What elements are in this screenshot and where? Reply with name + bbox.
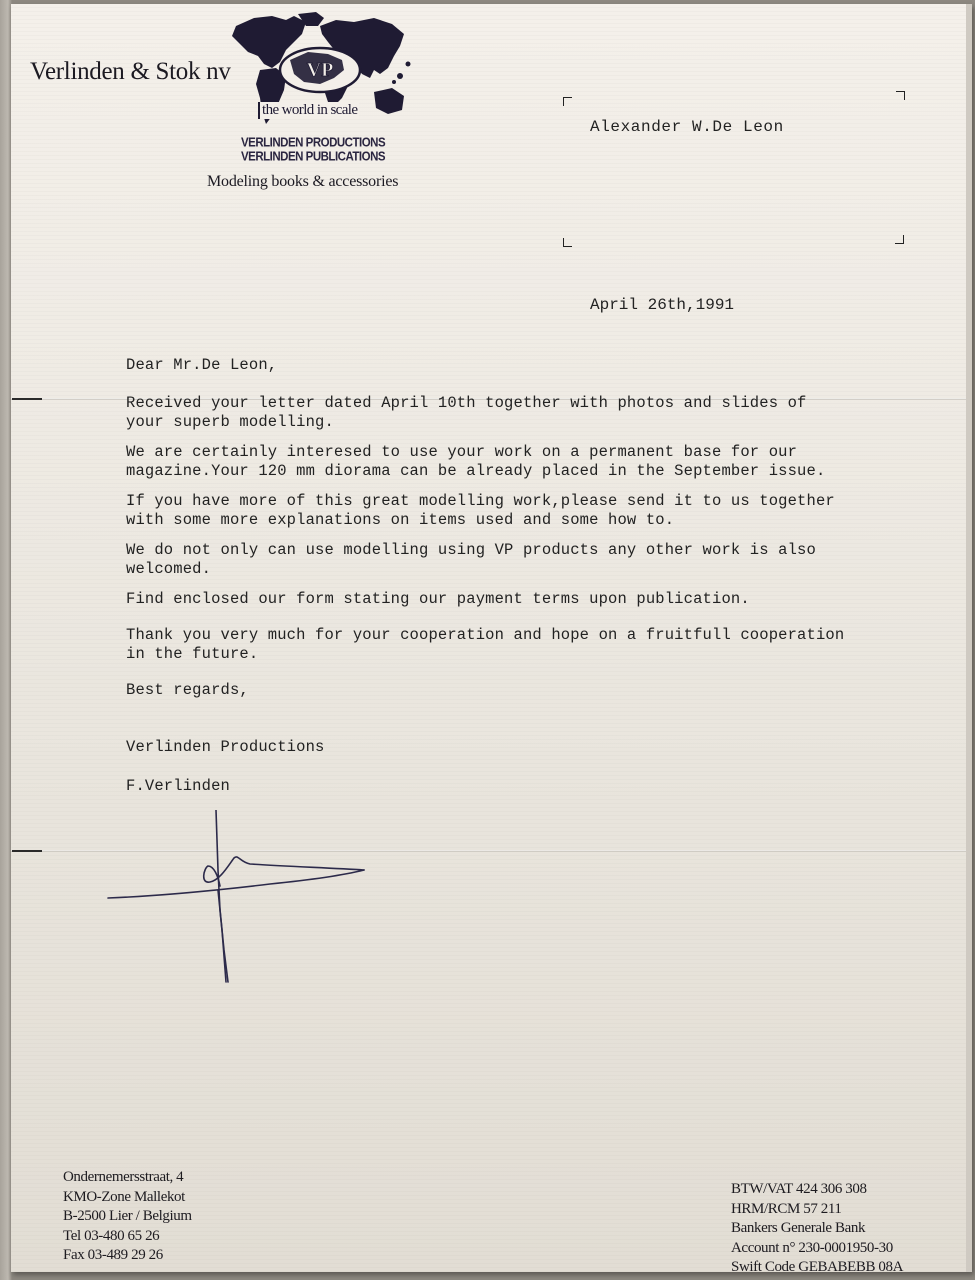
paragraph-line: welcomed. <box>126 560 886 579</box>
address-phone: Tel 03-480 65 26 <box>63 1227 192 1247</box>
paragraph-line: magazine.Your 120 mm diorama can be alre… <box>126 462 886 481</box>
paragraph: We are certainly interesed to use your w… <box>126 443 886 481</box>
company-address: Ondernemersstraat, 4 KMO-Zone Mallekot B… <box>63 1168 192 1266</box>
account-number: Account n° 230-0001950-30 <box>731 1239 903 1259</box>
paragraph-line: your superb modelling. <box>126 413 886 432</box>
bank-name: Bankers Generale Bank <box>731 1219 903 1239</box>
handwritten-signature-icon <box>100 810 400 1000</box>
paragraph-line: with some more explanations on items use… <box>126 511 886 530</box>
paragraph: Thank you very much for your cooperation… <box>126 626 886 664</box>
paragraph-line: in the future. <box>126 645 886 664</box>
paragraph-line: We do not only can use modelling using V… <box>126 541 886 560</box>
logo-monogram: VP <box>307 59 334 81</box>
scanned-letter: Verlinden & Stok nv VP the world in s <box>0 0 975 1280</box>
paragraph-line: Received your letter dated April 10th to… <box>126 394 886 413</box>
paragraph-line: If you have more of this great modelling… <box>126 492 886 511</box>
company-name: Verlinden & Stok nv <box>30 58 231 86</box>
vat-number: BTW/VAT 424 306 308 <box>731 1180 903 1200</box>
address-zone: KMO-Zone Mallekot <box>63 1188 192 1208</box>
paragraph: If you have more of this great modelling… <box>126 492 886 530</box>
paragraph-line: Thank you very much for your cooperation… <box>126 626 886 645</box>
address-window-corner <box>895 235 904 244</box>
paragraph-line: We are certainly interesed to use your w… <box>126 443 886 462</box>
swift-code: Swift Code GEBABEBB 08A <box>731 1258 903 1278</box>
company-registration: BTW/VAT 424 306 308 HRM/RCM 57 211 Banke… <box>731 1180 903 1278</box>
logo-tagline: the world in scale <box>258 102 359 119</box>
sender-organization: Verlinden Productions <box>126 738 886 757</box>
address-fax: Fax 03-489 29 26 <box>63 1246 192 1266</box>
recipient-name: Alexander W.De Leon <box>590 118 784 136</box>
paragraph-line: Find enclosed our form stating our payme… <box>126 590 886 609</box>
letterhead-subtitle: Modeling books & accessories <box>207 173 398 191</box>
paragraph: We do not only can use modelling using V… <box>126 541 886 579</box>
fold-mark-upper <box>12 398 42 400</box>
paragraph: Received your letter dated April 10th to… <box>126 394 886 432</box>
letter-date: April 26th,1991 <box>590 296 734 314</box>
letter-body: Dear Mr.De Leon, Received your letter da… <box>126 356 886 796</box>
division-productions: VERLINDEN PRODUCTIONS <box>241 136 385 150</box>
paragraph: Find enclosed our form stating our payme… <box>126 590 886 609</box>
closing: Best regards, <box>126 681 886 700</box>
fold-mark-lower <box>12 850 42 852</box>
division-publications: VERLINDEN PUBLICATIONS <box>241 150 385 164</box>
address-window-corner <box>563 238 572 247</box>
address-city: B-2500 Lier / Belgium <box>63 1207 192 1227</box>
rcm-number: HRM/RCM 57 211 <box>731 1200 903 1220</box>
address-street: Ondernemersstraat, 4 <box>63 1168 192 1188</box>
sender-name: F.Verlinden <box>126 777 886 796</box>
address-window-corner <box>896 91 905 100</box>
salutation: Dear Mr.De Leon, <box>126 356 886 375</box>
address-window-corner <box>563 97 572 106</box>
